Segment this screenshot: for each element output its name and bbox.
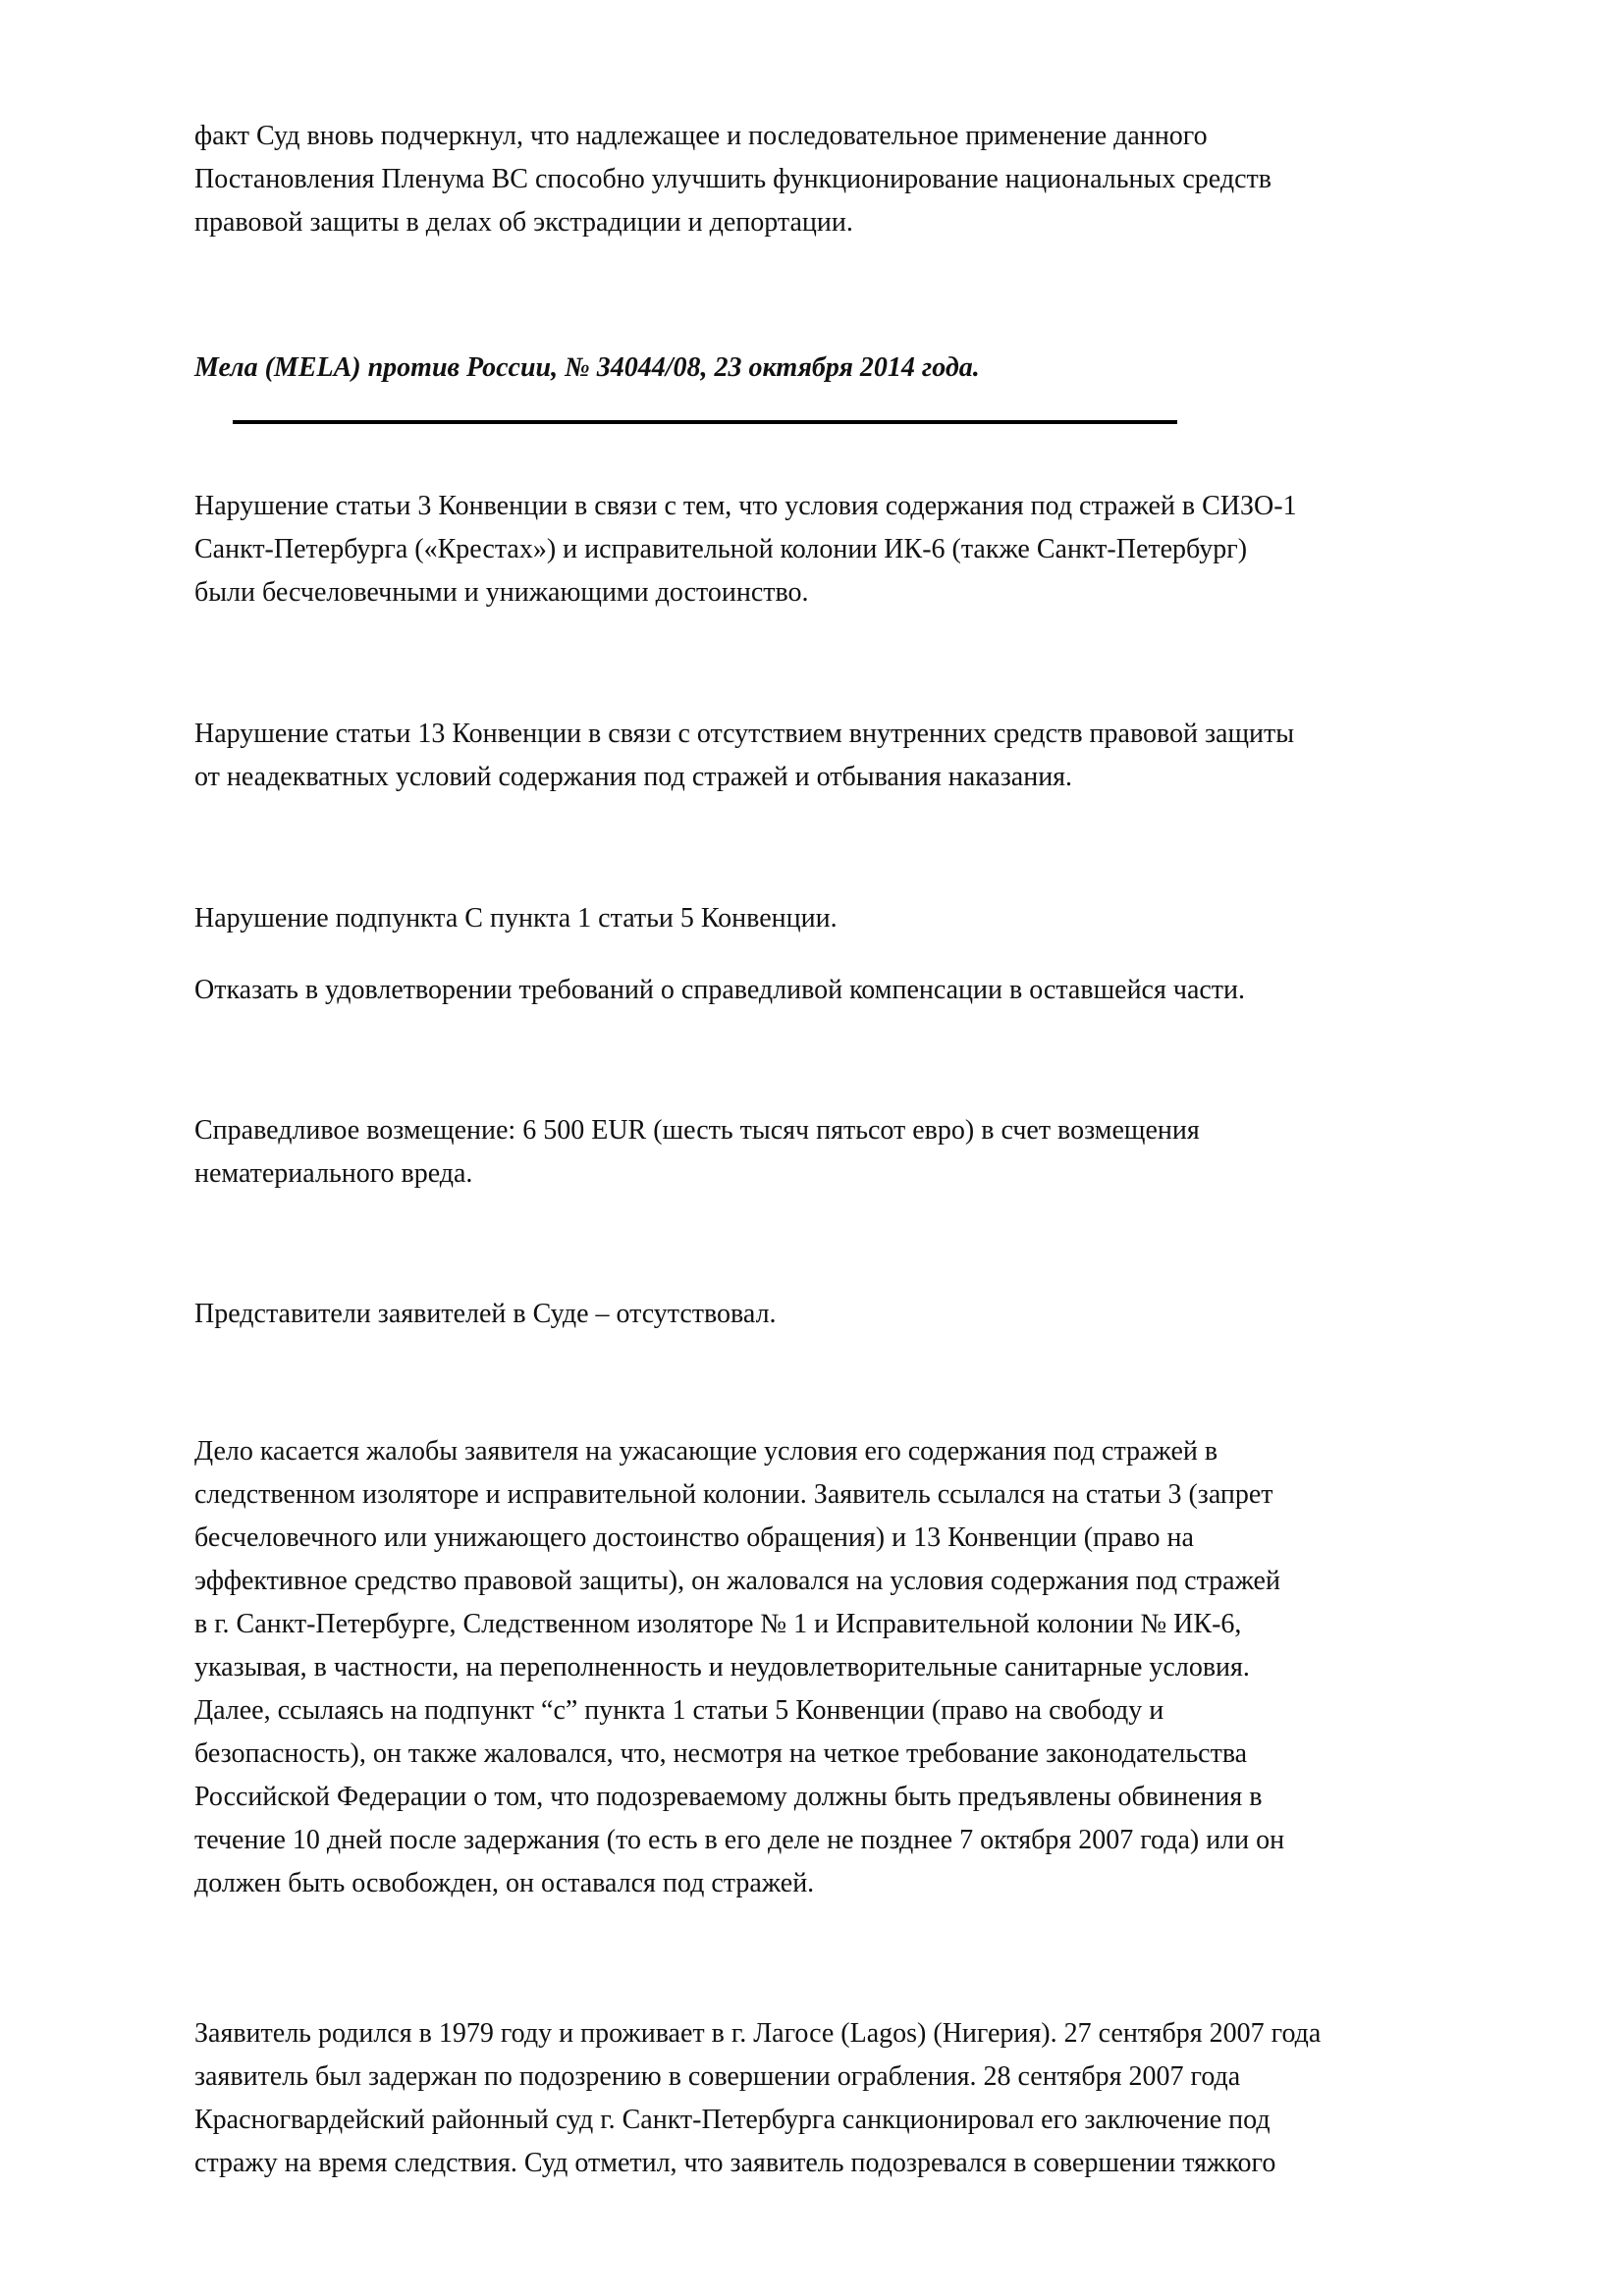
facts-line: стражу на время следствия. Суд отметил, …	[194, 2142, 1515, 2185]
intro-line: факт Суд вновь подчеркнул, что надлежаще…	[194, 115, 1515, 158]
summary-line: эффективное средство правовой защиты), о…	[194, 1560, 1515, 1603]
summary-line: указывая, в частности, на переполненност…	[194, 1646, 1515, 1689]
finding-line: Нарушение статьи 13 Конвенции в связи с …	[194, 713, 1515, 756]
facts-line: Заявитель родился в 1979 году и проживае…	[194, 2012, 1515, 2056]
finding-line: были бесчеловечными и унижающими достоин…	[194, 571, 1515, 614]
intro-paragraph: факт Суд вновь подчеркнул, что надлежаще…	[194, 115, 1515, 244]
finding-line: от неадекватных условий содержания под с…	[194, 756, 1515, 799]
finding-dismissal: Отказать в удовлетворении требований о с…	[194, 969, 1515, 1012]
intro-line: Постановления Пленума ВС способно улучши…	[194, 158, 1515, 201]
finding-line: Нарушение подпункта С пункта 1 статьи 5 …	[194, 897, 1515, 940]
finding-article-3: Нарушение статьи 3 Конвенции в связи с т…	[194, 485, 1515, 614]
case-heading-text: Мела (MELA) против России, № 34044/08, 2…	[194, 347, 1515, 390]
summary-line: течение 10 дней после задержания (то ест…	[194, 1819, 1515, 1862]
intro-line: правовой защиты в делах об экстрадиции и…	[194, 201, 1515, 244]
facts-line: Красногвардейский районный суд г. Санкт-…	[194, 2099, 1515, 2142]
summary-line: Дело касается жалобы заявителя на ужасаю…	[194, 1430, 1515, 1473]
document-page: факт Суд вновь подчеркнул, что надлежаще…	[0, 0, 1623, 2296]
finding-line: нематериального вреда.	[194, 1152, 1515, 1196]
finding-line: Нарушение статьи 3 Конвенции в связи с т…	[194, 485, 1515, 528]
summary-line: следственном изоляторе и исправительной …	[194, 1473, 1515, 1517]
finding-article-13: Нарушение статьи 13 Конвенции в связи с …	[194, 713, 1515, 799]
summary-line: Далее, ссылаясь на подпункт “с” пункта 1…	[194, 1689, 1515, 1733]
facts-paragraph: Заявитель родился в 1979 году и проживае…	[194, 2012, 1515, 2185]
finding-line: Представители заявителей в Суде – отсутс…	[194, 1293, 1515, 1336]
just-satisfaction: Справедливое возмещение: 6 500 EUR (шест…	[194, 1109, 1515, 1196]
heading-underline-divider	[233, 420, 1177, 424]
summary-line: безопасность), он также жаловался, что, …	[194, 1733, 1515, 1776]
summary-line: Российской Федерации о том, что подозрев…	[194, 1776, 1515, 1819]
facts-line: заявитель был задержан по подозрению в с…	[194, 2056, 1515, 2099]
summary-paragraph: Дело касается жалобы заявителя на ужасаю…	[194, 1430, 1515, 1905]
finding-line: Отказать в удовлетворении требований о с…	[194, 969, 1515, 1012]
finding-article-5: Нарушение подпункта С пункта 1 статьи 5 …	[194, 897, 1515, 940]
finding-line: Справедливое возмещение: 6 500 EUR (шест…	[194, 1109, 1515, 1152]
finding-line: Санкт-Петербурга («Крестах») и исправите…	[194, 528, 1515, 571]
representatives: Представители заявителей в Суде – отсутс…	[194, 1293, 1515, 1336]
summary-line: в г. Санкт-Петербурге, Следственном изол…	[194, 1603, 1515, 1646]
summary-line: бесчеловечного или унижающего достоинств…	[194, 1517, 1515, 1560]
summary-line: должен быть освобожден, он оставался под…	[194, 1862, 1515, 1905]
case-heading: Мела (MELA) против России, № 34044/08, 2…	[194, 347, 1515, 390]
